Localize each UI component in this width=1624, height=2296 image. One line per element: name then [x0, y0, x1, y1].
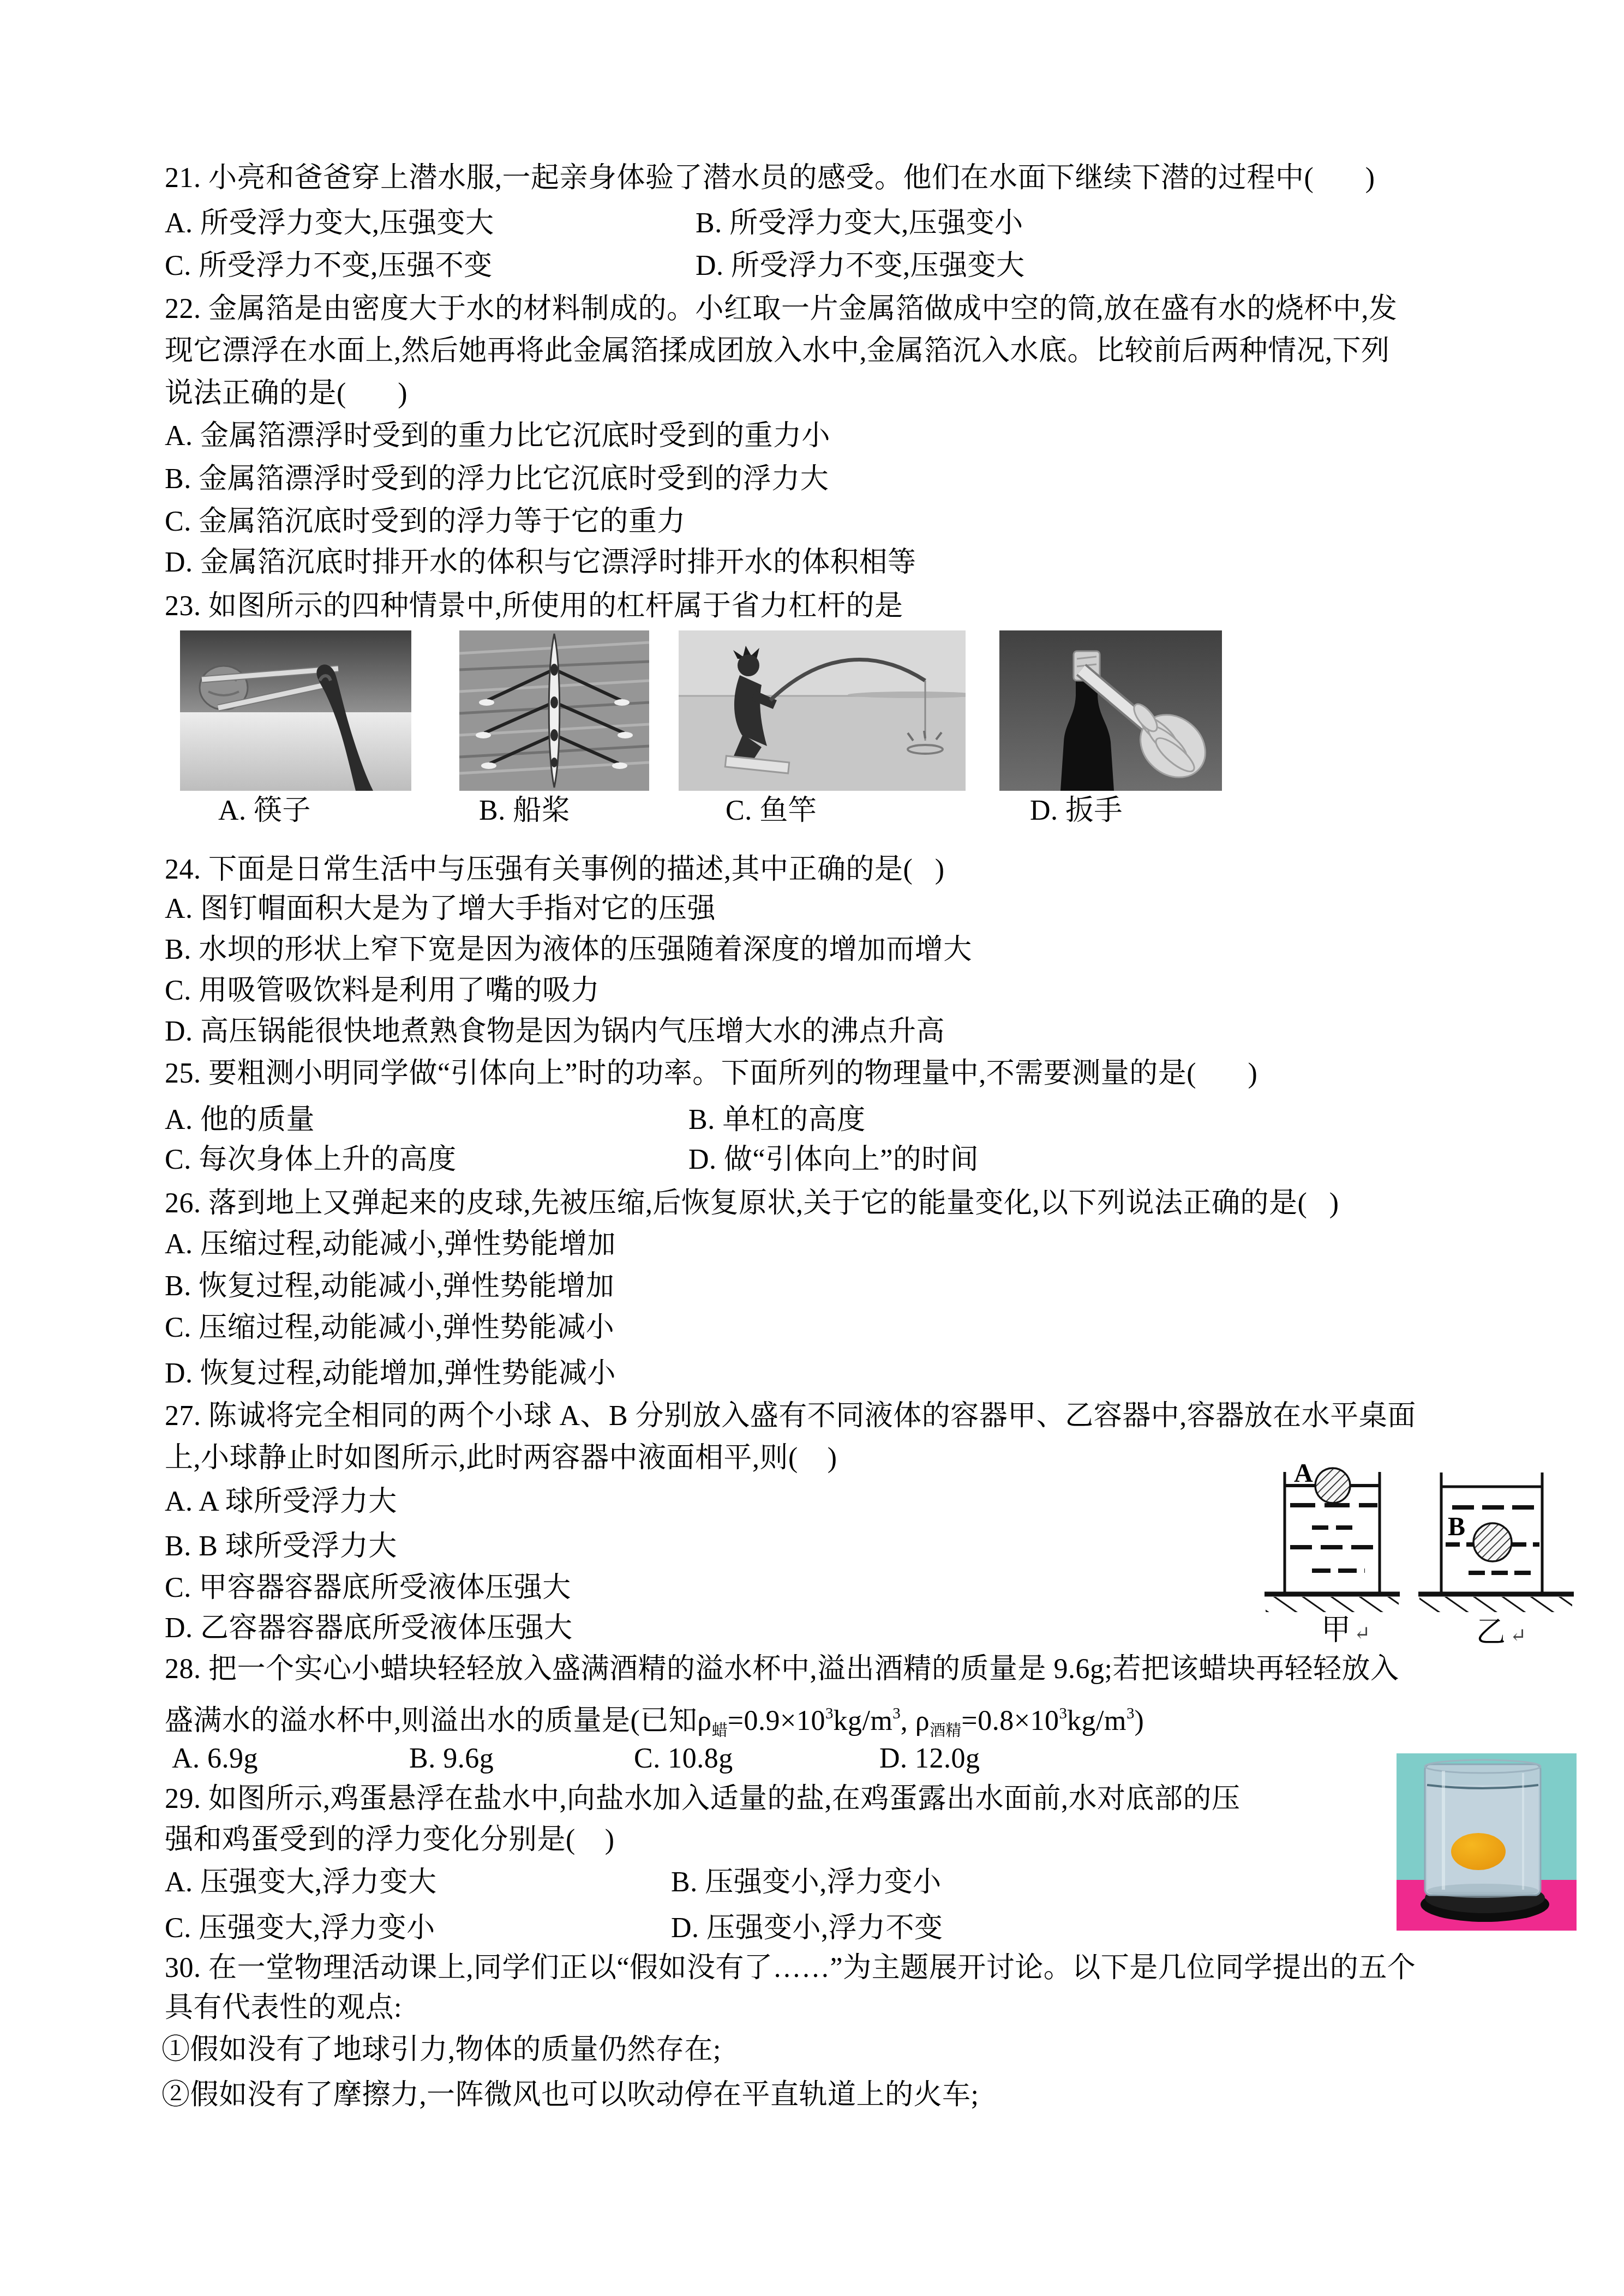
q26-option-a: A. 压缩过程,动能减小,弹性势能增加: [165, 1227, 616, 1262]
yi-label: 乙: [1476, 1616, 1506, 1649]
q25-option-c: C. 每次身体上升的高度: [165, 1143, 457, 1177]
q27-option-d: D. 乙容器容器底所受液体压强大: [165, 1611, 573, 1646]
q21-option-b: B. 所受浮力变大,压强变小: [696, 206, 1023, 241]
egg-glass-photo-icon: [1397, 1753, 1577, 1931]
q23-photo-fishing-rod: [679, 630, 966, 791]
q28-formula-text: kg/m: [833, 1705, 892, 1736]
q22-option-d: D. 金属箔沉底时排开水的体积与它漂浮时排开水的体积相等: [165, 545, 916, 580]
q28-option-b: B. 9.6g: [409, 1741, 494, 1776]
q24-option-b: B. 水坝的形状上窄下宽是因为液体的压强随着深度的增加而增大: [165, 933, 972, 967]
q30-viewpoint-1: ①假如没有了地球引力,物体的质量仍然存在;: [161, 2033, 721, 2067]
q27-option-b: B. B 球所受浮力大: [165, 1529, 397, 1564]
q22-option-c: C. 金属箔沉底时受到的浮力等于它的重力: [165, 504, 686, 539]
q30-stem-line2: 具有代表性的观点:: [165, 1991, 402, 2025]
q28-stem-line2-formula: 盛满水的溢水杯中,则溢出水的质量是(已知ρ蜡=0.9×103kg/m3, ρ酒精…: [165, 1696, 1144, 1748]
q28-formula-text: ): [1134, 1705, 1144, 1736]
q28-option-a: A. 6.9g: [172, 1741, 258, 1776]
q28-sup-exp: 3: [1126, 1705, 1135, 1722]
q23-caption-b: B. 船桨: [479, 794, 570, 828]
q29-stem-line2: 强和鸡蛋受到的浮力变化分别是( ): [165, 1823, 615, 1858]
q26-option-d: D. 恢复过程,动能增加,弹性势能减小: [165, 1356, 616, 1391]
yi-return-mark-icon: ↵: [1510, 1625, 1526, 1646]
chopsticks-photo-icon: [180, 630, 411, 791]
egg-icon: [1451, 1833, 1506, 1870]
q28-formula-text: =0.8×10: [961, 1705, 1059, 1736]
q22-option-a: A. 金属箔漂浮时受到的重力比它沉底时受到的重力小: [165, 419, 830, 454]
q21-option-c: C. 所受浮力不变,压强不变: [165, 249, 493, 284]
q28-stem-line1: 28. 把一个实心小蜡块轻轻放入盛满酒精的溢水杯中,溢出酒精的质量是 9.6g;…: [165, 1652, 1399, 1687]
q27-option-c: C. 甲容器容器底所受液体压强大: [165, 1571, 571, 1606]
q23-stem: 23. 如图所示的四种情景中,所使用的杠杆属于省力杠杆的是: [165, 589, 903, 624]
q28-sup-exp: 3: [825, 1705, 834, 1722]
q28-formula-text: 盛满水的溢水杯中,则溢出水的质量是(已知ρ: [165, 1705, 712, 1736]
q23-caption-d: D. 扳手: [1030, 794, 1123, 828]
fishing-photo-icon: [679, 630, 966, 791]
exam-paper-page: 21. 小亮和爸爸穿上潜水服,一起亲身体验了潜水员的感受。他们在水面下继续下潜的…: [0, 0, 1624, 2296]
q22-stem-line1: 22. 金属箔是由密度大于水的材料制成的。小红取一片金属箔做成中空的筒,放在盛有…: [165, 292, 1398, 327]
jia-return-mark-icon: ↵: [1354, 1622, 1370, 1644]
q27-stem-line1: 27. 陈诚将完全相同的两个小球 A、B 分别放入盛有不同液体的容器甲、乙容器中…: [165, 1399, 1416, 1434]
beakers-diagram-icon: A 甲 ↵ B 乙: [1260, 1448, 1577, 1655]
q29-option-a: A. 压强变大,浮力变大: [165, 1865, 437, 1900]
q21-stem: 21. 小亮和爸爸穿上潜水服,一起亲身体验了潜水员的感受。他们在水面下继续下潜的…: [165, 161, 1375, 196]
q28-formula-text: kg/m: [1067, 1705, 1126, 1736]
q23-caption-c: C. 鱼竿: [726, 794, 817, 828]
ball-a-label: A: [1294, 1459, 1313, 1488]
q29-stem-line1: 29. 如图所示,鸡蛋悬浮在盐水中,向盐水加入适量的盐,在鸡蛋露出水面前,水对底…: [165, 1782, 1241, 1817]
q28-option-d: D. 12.0g: [879, 1741, 980, 1776]
q23-caption-a: A. 筷子: [218, 794, 311, 828]
q22-option-b: B. 金属箔漂浮时受到的浮力比它沉底时受到的浮力大: [165, 462, 829, 497]
q28-formula-text: =0.9×10: [728, 1705, 825, 1736]
ball-a-icon: [1315, 1468, 1350, 1503]
q21-option-d: D. 所受浮力不变,压强变大: [696, 249, 1025, 284]
q29-option-b: B. 压强变小,浮力变小: [671, 1865, 942, 1900]
q28-sup-exp: 3: [1059, 1705, 1067, 1722]
q27-option-a: A. A 球所受浮力大: [165, 1484, 397, 1519]
q28-sub-alcohol: 酒精: [930, 1722, 961, 1740]
q30-viewpoint-2: ②假如没有了摩擦力,一阵微风也可以吹动停在平直轨道上的火车;: [161, 2078, 979, 2113]
q25-stem: 25. 要粗测小明同学做“引体向上”时的功率。下面所列的物理量中,不需要测量的是…: [165, 1056, 1257, 1091]
q28-sup-exp: 3: [892, 1705, 901, 1722]
jia-label: 甲: [1321, 1614, 1351, 1646]
q28-sub-wax: 蜡: [712, 1722, 728, 1740]
q29-photo-egg-in-glass: [1397, 1753, 1577, 1931]
q23-photo-chopsticks: [180, 630, 411, 791]
q25-option-d: D. 做“引体向上”的时间: [688, 1143, 979, 1177]
q23-photo-wrench-opener: [999, 630, 1222, 791]
ball-b-label: B: [1448, 1512, 1465, 1541]
q22-stem-line3: 说法正确的是( ): [165, 376, 408, 411]
q25-option-a: A. 他的质量: [165, 1103, 315, 1138]
q27-figure-beakers: A 甲 ↵ B 乙: [1260, 1448, 1577, 1655]
q29-option-d: D. 压强变小,浮力不变: [671, 1911, 943, 1946]
q22-stem-line2: 现它漂浮在水面上,然后她再将此金属箔揉成团放入水中,金属箔沉入水底。比较前后两种…: [165, 334, 1390, 369]
q29-option-c: C. 压强变大,浮力变小: [165, 1911, 435, 1946]
q26-option-c: C. 压缩过程,动能减小,弹性势能减小: [165, 1311, 614, 1345]
q27-stem-line2: 上,小球静止时如图所示,此时两容器中液面相平,则( ): [165, 1441, 837, 1476]
q25-option-b: B. 单杠的高度: [688, 1103, 866, 1138]
bottle-opener-photo-icon: [999, 630, 1222, 791]
ball-b-icon: [1473, 1523, 1512, 1561]
q23-photo-oars: [459, 630, 649, 791]
q28-formula-text: , ρ: [901, 1705, 930, 1736]
q26-option-b: B. 恢复过程,动能减小,弹性势能增加: [165, 1269, 614, 1304]
q24-option-c: C. 用吸管吸饮料是利用了嘴的吸力: [165, 973, 600, 1008]
q26-stem: 26. 落到地上又弹起来的皮球,先被压缩,后恢复原状,关于它的能量变化,以下列说…: [165, 1186, 1339, 1221]
q24-option-a: A. 图钉帽面积大是为了增大手指对它的压强: [165, 892, 716, 927]
rowing-boat-photo-icon: [459, 630, 649, 791]
q30-stem-line1: 30. 在一堂物理活动课上,同学们正以“假如没有了……”为主题展开讨论。以下是几…: [165, 1951, 1416, 1986]
q21-option-a: A. 所受浮力变大,压强变大: [165, 206, 494, 241]
q24-option-d: D. 高压锅能很快地煮熟食物是因为锅内气压增大水的沸点升高: [165, 1014, 945, 1049]
q24-stem: 24. 下面是日常生活中与压强有关事例的描述,其中正确的是( ): [165, 852, 945, 887]
q28-option-c: C. 10.8g: [634, 1741, 733, 1776]
